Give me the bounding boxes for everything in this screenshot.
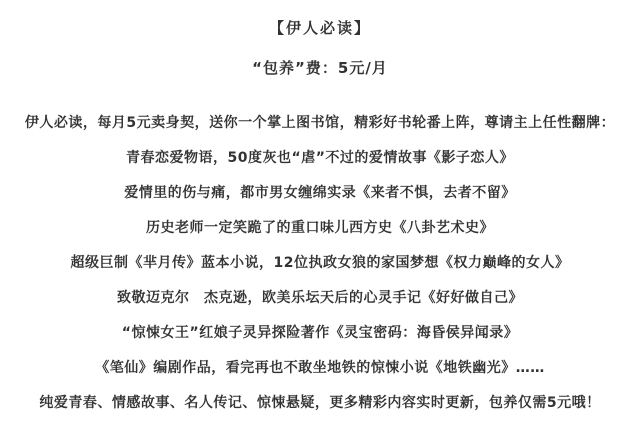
book-list-item: “惊悚女王”红娘子灵异探险著作《灵宝密码：海昏侯异闻录》 (0, 314, 640, 349)
body-text-block: 伊人必读，每月5元卖身契，送你一个掌上图书馆，精彩好书轮番上阵，尊请主上任性翻牌… (0, 104, 640, 419)
intro-line: 伊人必读，每月5元卖身契，送你一个掌上图书馆，精彩好书轮番上阵，尊请主上任性翻牌… (0, 104, 640, 139)
book-list-item: 爱情里的伤与痛，都市男女缠绵实录《来者不惧，去者不留》 (0, 174, 640, 209)
page-title: 【伊人必读】 (0, 20, 640, 36)
book-list-item: 《笔仙》编剧作品，看完再也不敢坐地铁的惊悚小说《地铁幽光》…… (0, 349, 640, 384)
footer-line: 纯爱青春、情感故事、名人传记、惊悚悬疑，更多精彩内容实时更新，包养仅需5元哦！ (0, 384, 640, 419)
book-list-item: 青春恋爱物语，50度灰也“虐”不过的爱情故事《影子恋人》 (0, 139, 640, 174)
book-list-item: 历史老师一定笑跪了的重口味儿西方史《八卦艺术史》 (0, 209, 640, 244)
book-list-item: 致敬迈克尔 杰克逊，欧美乐坛天后的心灵手记《好好做自己》 (0, 279, 640, 314)
subscription-fee-subtitle: “包养”费：5元/月 (0, 60, 640, 76)
document-page: 【伊人必读】 “包养”费：5元/月 伊人必读，每月5元卖身契，送你一个掌上图书馆… (0, 0, 640, 431)
book-list-item: 超级巨制《芈月传》蓝本小说，12位执政女狼的家国梦想《权力巅峰的女人》 (0, 244, 640, 279)
